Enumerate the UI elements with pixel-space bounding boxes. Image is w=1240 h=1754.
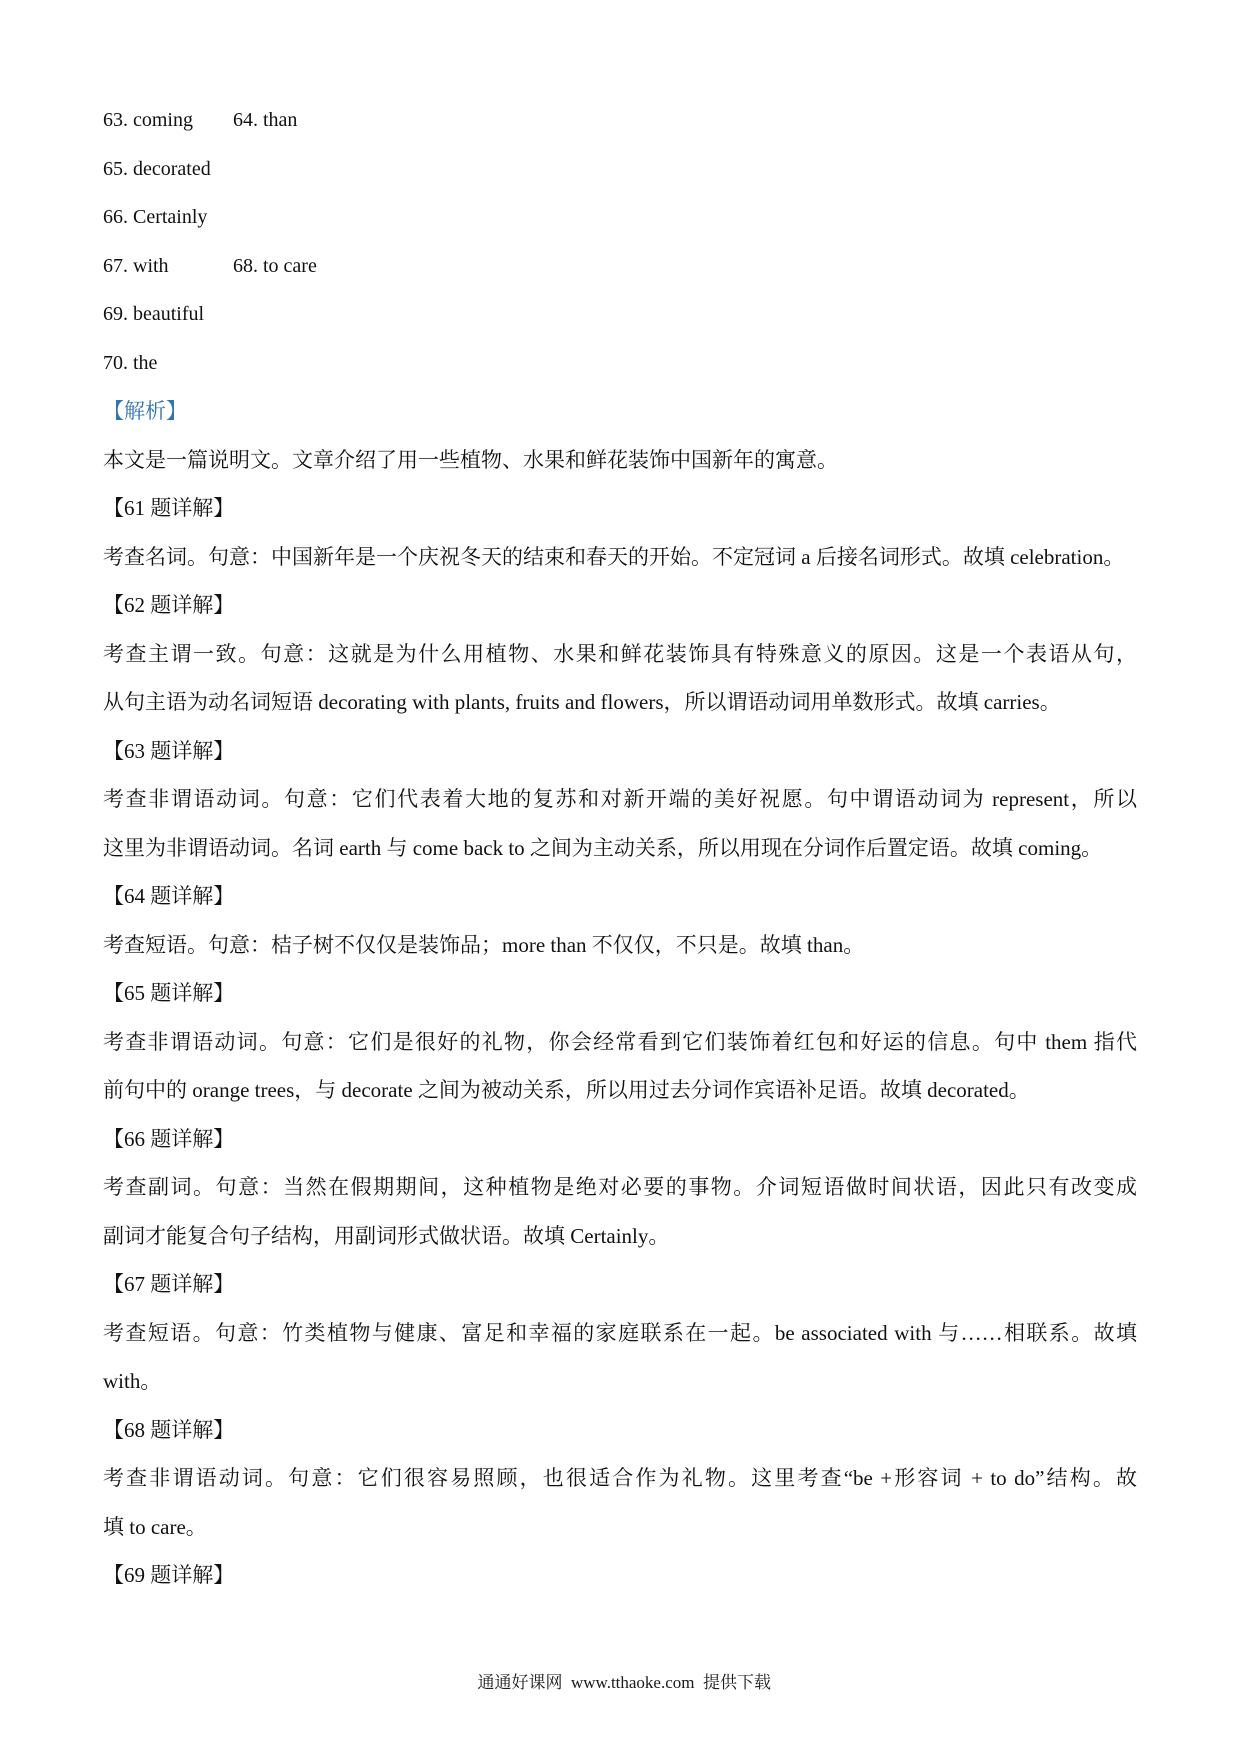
- explanation-text-line: 考查主谓一致。句意：这就是为什么用植物、水果和鲜花装饰具有特殊意义的原因。这是一…: [103, 630, 1137, 679]
- answers-and-explanations: 63. coming64. than65. decorated66. Certa…: [103, 96, 1137, 1600]
- explanation-text-line: 副词才能复合句子结构，用副词形式做状语。故填 Certainly。: [103, 1212, 1137, 1261]
- answer-line: 69. beautiful: [103, 290, 1137, 339]
- document-page: { "page": { "kind": "exam-answer-explana…: [0, 0, 1240, 1754]
- question-heading: 【62 题详解】: [103, 581, 1137, 630]
- answer-item: 64. than: [233, 109, 297, 131]
- answer-line: 67. with68. to care: [103, 242, 1137, 291]
- question-heading: 【68 题详解】: [103, 1406, 1137, 1455]
- explanation-text-line: 考查短语。句意：竹类植物与健康、富足和幸福的家庭联系在一起。be associa…: [103, 1309, 1137, 1358]
- explanation-text-line: 考查短语。句意：桔子树不仅仅是装饰品；more than 不仅仅，不只是。故填 …: [103, 921, 1137, 970]
- question-heading: 【66 题详解】: [103, 1115, 1137, 1164]
- answer-line: 70. the: [103, 339, 1137, 388]
- explanation-text-line: 从句主语为动名词短语 decorating with plants, fruit…: [103, 678, 1137, 727]
- explanation-text-line: 考查非谓语动词。句意：它们很容易照顾，也很适合作为礼物。这里考查“be +形容词…: [103, 1454, 1137, 1503]
- question-heading: 【65 题详解】: [103, 969, 1137, 1018]
- answer-item: 67. with: [103, 242, 233, 291]
- analysis-section-label: 【解析】: [103, 387, 1137, 436]
- explanation-text-line: 这里为非谓语动词。名词 earth 与 come back to 之间为主动关系…: [103, 824, 1137, 873]
- explanation-text-line: 考查名词。句意：中国新年是一个庆祝冬天的结束和春天的开始。不定冠词 a 后接名词…: [103, 533, 1137, 582]
- answer-item: 63. coming: [103, 96, 233, 145]
- explanation-text-line: 本文是一篇说明文。文章介绍了用一些植物、水果和鲜花装饰中国新年的寓意。: [103, 436, 1137, 485]
- explanation-text-line: with。: [103, 1357, 1137, 1406]
- footer-site-credit: 通通好课网 www.tthaoke.com 提供下载: [477, 1673, 771, 1692]
- answer-line: 65. decorated: [103, 145, 1137, 194]
- answer-item: 68. to care: [233, 255, 317, 277]
- question-heading: 【67 题详解】: [103, 1260, 1137, 1309]
- question-heading: 【63 题详解】: [103, 727, 1137, 776]
- answer-line: 63. coming64. than: [103, 96, 1137, 145]
- explanation-text-line: 考查非谓语动词。句意：它们代表着大地的复苏和对新开端的美好祝愿。句中谓语动词为 …: [103, 775, 1137, 824]
- explanation-text-line: 填 to care。: [103, 1503, 1137, 1552]
- question-heading: 【69 题详解】: [103, 1551, 1137, 1600]
- explanation-text-line: 前句中的 orange trees，与 decorate 之间为被动关系，所以用…: [103, 1066, 1137, 1115]
- explanation-text-line: 考查非谓语动词。句意：它们是很好的礼物，你会经常看到它们装饰着红包和好运的信息。…: [103, 1018, 1137, 1067]
- explanation-text-line: 考查副词。句意：当然在假期期间，这种植物是绝对必要的事物。介词短语做时间状语，因…: [103, 1163, 1137, 1212]
- page-footer: 通通好课网 www.tthaoke.com 提供下载: [0, 1648, 1240, 1693]
- answer-line: 66. Certainly: [103, 193, 1137, 242]
- question-heading: 【61 题详解】: [103, 484, 1137, 533]
- question-heading: 【64 题详解】: [103, 872, 1137, 921]
